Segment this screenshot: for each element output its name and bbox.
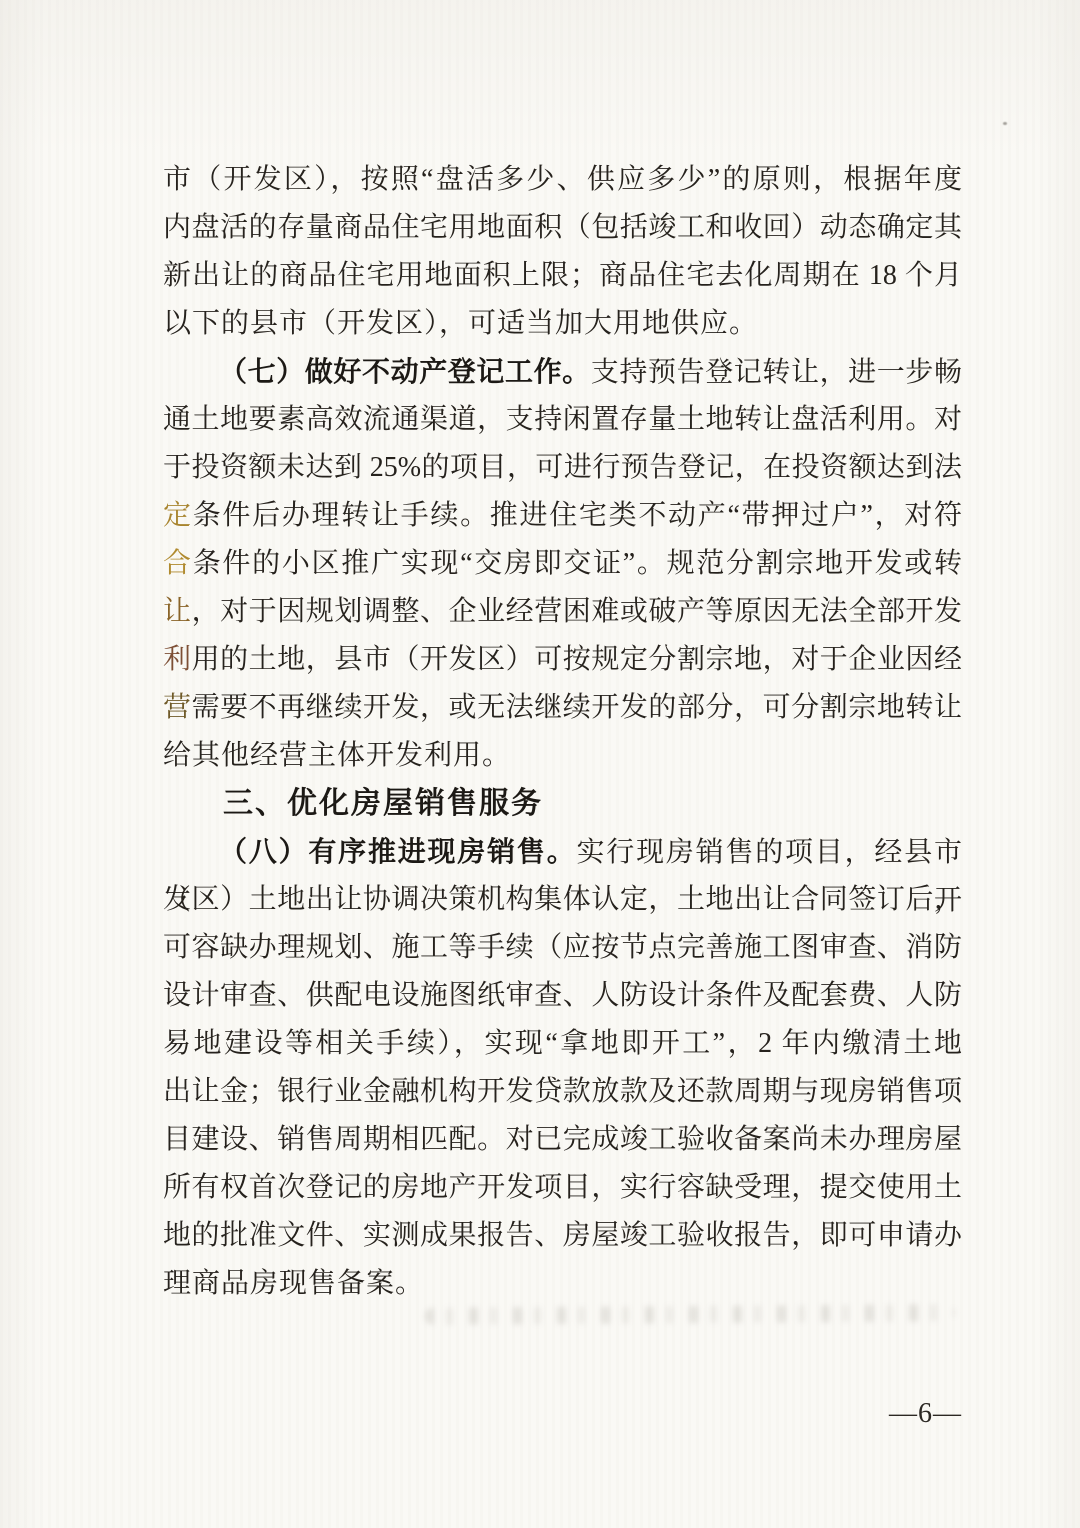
text-segment: 可容缺办理规划、施工等手续（应按节点完善施工图审查、消防 bbox=[163, 932, 962, 963]
text-segment: 支持预告登记转让，进一步畅 bbox=[591, 357, 962, 388]
text-segment: 定 bbox=[163, 500, 193, 531]
text-line: 以下的县市（开发区），可适当加大用地供应。 bbox=[163, 300, 962, 348]
text-line: 让，对于因规划调整、企业经营困难或破产等原因无法全部开发 bbox=[163, 588, 962, 636]
text-segment: 易地建设等相关手续），实现“拿地即开工”，2 年内缴清土地 bbox=[163, 1028, 962, 1059]
text-segment: 条件后办理转让手续。推进住宅类不动产“带押过户”，对符 bbox=[193, 500, 962, 531]
section-heading: 三、优化房屋销售服务 bbox=[163, 780, 962, 828]
text-segment: 需要不再继续开发，或无法继续开发的部分，可分割宗地转让 bbox=[192, 692, 962, 723]
text-segment: 地的批准文件、实测成果报告、房屋竣工验收报告，即可申请办 bbox=[163, 1220, 962, 1251]
text-line: 内盘活的存量商品住宅用地面积（包括竣工和收回）动态确定其 bbox=[163, 204, 962, 252]
bold-text-segment: （七）做好不动产登记工作。 bbox=[219, 356, 591, 387]
text-line: 目建设、销售周期相匹配。对已完成竣工验收备案尚未办理房屋 bbox=[163, 1116, 962, 1164]
text-segment: 新出让的商品住宅用地面积上限；商品住宅去化周期在 18 个月 bbox=[163, 260, 962, 291]
text-segment: 目建设、销售周期相匹配。对已完成竣工验收备案尚未办理房屋 bbox=[163, 1124, 962, 1155]
text-line: 合条件的小区推广实现“交房即交证”。规范分割宗地开发或转 bbox=[163, 540, 962, 588]
text-segment: 设计审查、供配电设施图纸审查、人防设计条件及配套费、人防 bbox=[163, 980, 962, 1011]
text-line: 市（开发区），按照“盘活多少、供应多少”的原则，根据年度 bbox=[163, 156, 962, 204]
text-line: 地的批准文件、实测成果报告、房屋竣工验收报告，即可申请办 bbox=[163, 1212, 962, 1260]
text-line: 于投资额未达到 25%的项目，可进行预告登记，在投资额达到法 bbox=[163, 444, 962, 492]
text-segment: 出让金；银行业金融机构开发贷款放款及还款周期与现房销售项 bbox=[163, 1076, 962, 1107]
text-segment: 给其他经营主体开发利用。 bbox=[163, 740, 511, 771]
text-line: 所有权首次登记的房地产开发项目，实行容缺受理，提交使用土 bbox=[163, 1164, 962, 1212]
page-number: —6— bbox=[889, 1398, 962, 1430]
text-segment: 合 bbox=[163, 548, 193, 579]
text-line: 营需要不再继续开发，或无法继续开发的部分，可分割宗地转让 bbox=[163, 684, 962, 732]
bold-text-segment: 三、优化房屋销售服务 bbox=[223, 787, 543, 820]
bold-text-segment: （八）有序推进现房销售。 bbox=[219, 836, 577, 867]
text-segment: 营 bbox=[163, 692, 192, 723]
text-segment: 所有权首次登记的房地产开发项目，实行容缺受理，提交使用土 bbox=[163, 1172, 962, 1203]
bleed-through-artifact bbox=[425, 1304, 955, 1325]
text-segment: 于投资额未达到 25%的项目，可进行预告登记，在投资额达到法 bbox=[163, 452, 962, 483]
document-page: 市（开发区），按照“盘活多少、供应多少”的原则，根据年度内盘活的存量商品住宅用地… bbox=[0, 0, 1080, 1528]
text-line: 发区）土地出让协调决策机构集体认定，土地出让合同签订后， bbox=[163, 876, 962, 924]
text-segment: 用的土地，县市（开发区）可按规定分割宗地，对于企业因经 bbox=[192, 644, 962, 675]
text-segment: 通土地要素高效流通渠道，支持闲置存量土地转让盘活利用。对 bbox=[163, 404, 962, 435]
text-line: 利用的土地，县市（开发区）可按规定分割宗地，对于企业因经 bbox=[163, 636, 962, 684]
text-segment: 内盘活的存量商品住宅用地面积（包括竣工和收回）动态确定其 bbox=[163, 212, 962, 243]
document-text-block: 市（开发区），按照“盘活多少、供应多少”的原则，根据年度内盘活的存量商品住宅用地… bbox=[163, 156, 962, 1308]
text-line: 给其他经营主体开发利用。 bbox=[163, 732, 962, 780]
text-line: 通土地要素高效流通渠道，支持闲置存量土地转让盘活利用。对 bbox=[163, 396, 962, 444]
text-line: 理商品房现售备案。 bbox=[163, 1260, 962, 1308]
text-line: 设计审查、供配电设施图纸审查、人防设计条件及配套费、人防 bbox=[163, 972, 962, 1020]
text-line: （七）做好不动产登记工作。支持预告登记转让，进一步畅 bbox=[163, 348, 962, 396]
text-line: 新出让的商品住宅用地面积上限；商品住宅去化周期在 18 个月 bbox=[163, 252, 962, 300]
text-segment: ，对于因规划调整、企业经营困难或破产等原因无法全部开发 bbox=[192, 596, 962, 627]
scan-speck bbox=[1003, 122, 1007, 125]
text-segment: 理商品房现售备案。 bbox=[163, 1268, 424, 1299]
text-line: 出让金；银行业金融机构开发贷款放款及还款周期与现房销售项 bbox=[163, 1068, 962, 1116]
text-segment: 发区）土地出让协调决策机构集体认定，土地出让合同签订后， bbox=[163, 884, 962, 915]
text-line: 可容缺办理规划、施工等手续（应按节点完善施工图审查、消防 bbox=[163, 924, 962, 972]
text-line: 易地建设等相关手续），实现“拿地即开工”，2 年内缴清土地 bbox=[163, 1020, 962, 1068]
text-segment: 条件的小区推广实现“交房即交证”。规范分割宗地开发或转 bbox=[193, 548, 962, 579]
text-line: 定条件后办理转让手续。推进住宅类不动产“带押过户”，对符 bbox=[163, 492, 962, 540]
text-segment: 市（开发区），按照“盘活多少、供应多少”的原则，根据年度 bbox=[163, 164, 962, 195]
text-line: （八）有序推进现房销售。实行现房销售的项目，经县市（开 bbox=[163, 828, 962, 876]
text-segment: 利 bbox=[163, 644, 192, 675]
text-segment: 让 bbox=[163, 596, 192, 627]
text-segment: 以下的县市（开发区），可适当加大用地供应。 bbox=[163, 308, 758, 339]
